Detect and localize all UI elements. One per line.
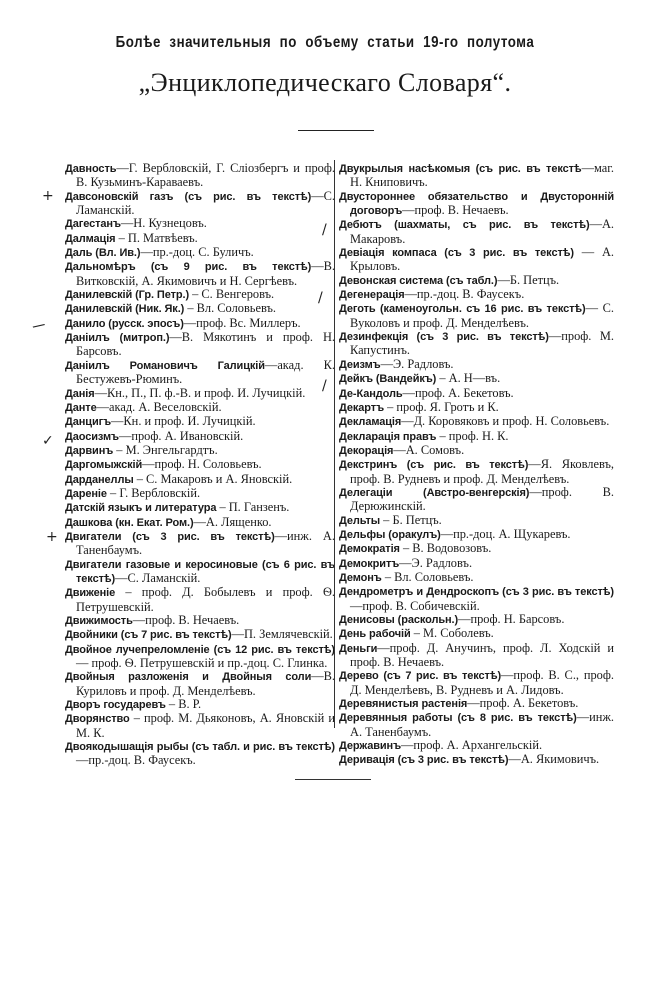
entry-headword: Данія [65,388,95,400]
index-entry: Двигатели газовые и керосиновые (съ 6 ри… [65,558,335,587]
index-entry: Деготь (каменоугольн. съ 16 рис. въ текс… [339,302,614,330]
entry-authors: – проф. Я. Гротъ и К. [384,400,499,414]
entry-headword: Данцигъ [65,416,111,428]
index-entry: Дворянство – проф. М. Дьяконовъ, А. Янов… [65,712,335,740]
entry-headword: День рабочій [339,628,411,640]
entry-headword: Деревянныя работы (съ 8 рис. въ текстѣ) [339,712,577,724]
entry-headword: Дальномѣръ (съ 9 рис. въ текстѣ) [65,261,311,273]
entry-headword: Девіація компаса (съ 3 рис. въ текстѣ) [339,247,574,259]
index-entry: День рабочій – М. Соболевъ. [339,627,614,641]
entry-authors: – М. Соболевъ. [411,626,494,640]
entry-headword: Даніилъ (митроп.) [65,332,169,344]
index-entry: Дерево (съ 7 рис. въ текстѣ)—проф. В. С.… [339,669,614,697]
margin-cross-mark: + [46,529,58,545]
entry-authors: —проф. Н. Соловьевъ. [142,457,262,471]
index-entry: Даосизмъ—проф. А. Ивановскій. [65,430,335,444]
entry-headword: Дельты [339,515,380,527]
index-entry: Декорація—А. Сомовъ. [339,444,614,458]
index-entry: Дельты – Б. Петцъ. [339,514,614,528]
entry-headword: Дерево (съ 7 рис. въ текстѣ) [339,670,501,682]
entry-headword: Данилевскій (Ник. Як.) [65,303,184,315]
entry-headword: Демокритъ [339,558,399,570]
entry-headword: Дагестанъ [65,218,121,230]
index-entry: Деньги—проф. Д. Анучинъ, проф. Л. Ходскі… [339,642,614,670]
entry-headword: Давность [65,163,116,175]
index-entry: Давность—Г. Верблoвскій, Г. Сліозбергъ и… [65,162,335,190]
index-entry: Дашкова (кн. Екат. Ром.)—А. Лященко. [65,516,335,530]
index-entry: Двигатели (съ 3 рис. въ текстѣ)—инж. А. … [65,530,335,558]
index-entry: Декстринъ (съ рис. въ текстѣ)—Я. Яковлев… [339,458,614,486]
entry-headword: Датскій языкъ и литература [65,502,216,514]
left-column: Давность—Г. Верблoвскій, Г. Сліозбергъ и… [65,162,335,768]
entry-authors: —проф. А. Архангельскій. [401,738,542,752]
index-entry: Демократія – В. Водовозовъ. [339,542,614,556]
index-entry: Даргомыжскій—проф. Н. Соловьевъ. [65,458,335,472]
entry-authors: —А. Лященко. [194,515,272,529]
entry-headword: Давсоновскій газъ (съ рис. въ текстѣ) [65,191,311,203]
entry-authors: —Э. Радловъ. [399,556,472,570]
entry-headword: Денисовы (раскольн.) [339,614,458,626]
index-entry: Далмація – П. Матвѣевъ. [65,232,335,246]
entry-authors: —проф. А. Бекетовъ. [467,696,578,710]
entry-headword: Дебютъ (шахматы, съ рис. въ текстѣ) [339,219,590,231]
entry-authors: —Б. Петцъ. [497,273,559,287]
margin-check-mark: ✓ [42,433,54,449]
entry-headword: Декстринъ (съ рис. въ текстѣ) [339,459,528,471]
entry-headword: Данилевскій (Гр. Петр.) [65,289,189,301]
entry-headword: Девонская система (съ табл.) [339,275,497,287]
entry-authors: – П. Ганзенъ. [216,500,289,514]
entry-authors: —акад. А. Веселовскій. [97,400,222,414]
entry-headword: Делегаціи (Австро-венгерскія) [339,487,529,499]
entry-authors: —пр.-доц. В. Фаусекъ. [405,287,525,301]
index-entry: Демонъ – Вл. Соловьевъ. [339,571,614,585]
header-subtitle: Болѣе значительныя по объему статьи 19-г… [46,34,605,52]
index-entry: Декламація—Д. Коровяковъ и проф. Н. Соло… [339,415,614,429]
entry-headword: Даніилъ Романовичъ Галицкій [65,360,265,372]
index-entry: Девіація компаса (съ 3 рис. въ текстѣ) —… [339,246,614,274]
index-entry: Давсоновскій газъ (съ рис. въ текстѣ)—С.… [65,190,335,218]
index-entry: Двустороннее обязательство и Двусторонні… [339,190,614,219]
margin-tick-mark: / [322,222,327,238]
entry-authors: —проф. А. Ивановскій. [119,429,243,443]
entry-headword: Де-Кандоль [339,388,403,400]
index-entry: Двойники (съ 7 рис. въ текстѣ)—П. Земляч… [65,628,335,642]
index-entry: Движеніе – проф. Д. Бобылевъ и проф. Ѳ. … [65,586,335,614]
entry-headword: Движеніе [65,587,115,599]
index-entry: Данилевскій (Ник. Як.) – Вл. Соловьевъ. [65,302,335,316]
index-entry: Двойное лучепреломленіе (съ 12 рис. въ т… [65,643,335,671]
entry-headword: Деготь (каменоугольн. съ 16 рис. въ текс… [339,303,586,315]
entry-authors: – А. Н—въ. [436,371,500,385]
entry-headword: Дарвинъ [65,445,113,457]
index-entry: Декартъ – проф. Я. Гротъ и К. [339,401,614,415]
margin-tick-mark: / [322,378,327,394]
entry-authors: —Кн., П., П. ф.-В. и проф. И. Лучицкій. [95,386,306,400]
entry-headword: Дейкъ (Вандейкъ) [339,373,436,385]
entry-headword: Дельфы (оракулъ) [339,529,441,541]
entry-authors: – С. Макаровъ и А. Яновскій. [134,472,293,486]
entry-authors: —проф. Д. Анучинъ, проф. Л. Ходскій и пр… [350,641,614,669]
index-entry: Деизмъ—Э. Радловъ. [339,358,614,372]
index-entry: Дарвинъ – М. Энгельгардтъ. [65,444,335,458]
entry-authors: —пр.-доц. А. Щукаревъ. [441,527,571,541]
index-entry: Двоякодышащія рыбы (съ табл. и рис. въ т… [65,740,335,768]
entry-headword: Дарданеллы [65,474,134,486]
entry-authors: – проф. Н. К. [436,429,508,443]
index-entry: Делегаціи (Австро-венгерскія)—проф. В. Д… [339,486,614,514]
entry-headword: Двоякодышащія рыбы (съ табл. и рис. въ т… [65,741,335,753]
entry-authors: — проф. Ѳ. Петрушевскій и пр.-доц. С. Гл… [76,656,327,670]
entry-headword: Демократія [339,543,400,555]
entry-headword: Далмація [65,233,116,245]
entry-headword: Даосизмъ [65,431,119,443]
entry-headword: Дашкова (кн. Екат. Ром.) [65,517,194,529]
index-entry: Даніилъ (митроп.)—В. Мякотинъ и проф. Н.… [65,331,335,359]
bottom-rule [295,779,371,780]
index-entry: Державинъ—проф. А. Архангельскій. [339,739,614,753]
margin-cross-mark: + [42,188,54,204]
index-entry: Движимость—проф. В. Нечаевъ. [65,614,335,628]
entry-authors: —проф. В. Собичевскій. [350,599,480,613]
entry-headword: Дезинфекція (съ 3 рис. въ текстѣ) [339,331,549,343]
entry-headword: Двукрылыя насѣкомыя (съ рис. въ текстѣ [339,163,582,175]
entry-authors: —пр.-доц. В. Фаусекъ. [76,753,196,767]
index-entry: Девонская система (съ табл.)—Б. Петцъ. [339,274,614,288]
index-entry: Дворъ государевъ – В. Р. [65,698,335,712]
entry-authors: – Вл. Соловьевъ. [382,570,474,584]
right-column: Двукрылыя насѣкомыя (съ рис. въ текстѣ—м… [339,162,614,768]
entry-headword: Деньги [339,643,377,655]
entry-headword: Демонъ [339,572,382,584]
index-entry: Деревянистыя растенія—проф. А. Бекетовъ. [339,697,614,711]
entry-authors: —проф. В. Нечаевъ. [133,613,240,627]
index-entry: Данцигъ—Кн. и проф. И. Лучицкій. [65,415,335,429]
entry-headword: Двойники (съ 7 рис. въ текстѣ) [65,629,232,641]
column-divider [334,160,335,728]
margin-tick-mark: / [318,290,323,306]
entry-authors: – Вл. Соловьевъ. [184,301,276,315]
top-rule [298,130,374,131]
index-entry: Дарданеллы – С. Макаровъ и А. Яновскій. [65,473,335,487]
index-entry: Данія—Кн., П., П. ф.-В. и проф. И. Лучиц… [65,387,335,401]
entry-headword: Двойное лучепреломленіе (съ 12 рис. въ т… [65,644,335,656]
entry-authors: —Кн. и проф. И. Лучицкій. [111,414,256,428]
entry-headword: Даль (Вл. Ив.) [65,247,140,259]
index-entry: Дальномѣръ (съ 9 рис. въ текстѣ)—В. Витк… [65,260,335,288]
index-entry: Денисовы (раскольн.)—проф. Н. Барсовъ. [339,613,614,627]
index-entry: Дегенерація—пр.-доц. В. Фаусекъ. [339,288,614,302]
entry-authors: —проф. Вс. Миллеръ. [184,316,301,330]
entry-authors: —Д. Коровяковъ и проф. Н. Соловьевъ. [401,414,609,428]
entry-headword: Дворъ государевъ [65,699,166,711]
entry-authors: – С. Венгеровъ. [189,287,274,301]
entry-authors: – В. Р. [166,697,201,711]
entry-headword: Дареніе [65,488,107,500]
entry-headword: Дворянство [65,713,130,725]
entry-headword: Двойныя разложенія и Двойныя соли [65,671,311,683]
entry-headword: Данте [65,402,97,414]
index-entry: Данило (русск. эпосъ)—проф. Вс. Миллеръ. [65,317,335,331]
entry-authors: —Э. Радловъ. [381,357,454,371]
index-entry: Дендрометръ и Дендроскопъ (съ 3 рис. въ … [339,585,614,613]
index-entry: Дейкъ (Вандейкъ) – А. Н—въ. [339,372,614,386]
index-entry: Даль (Вл. Ив.)—пр.-доц. С. Буличъ. [65,246,335,260]
entry-authors: —проф. В. Нечаевъ. [402,203,509,217]
entry-headword: Движимость [65,615,133,627]
index-entry: Декларація правъ – проф. Н. К. [339,430,614,444]
entry-authors: – П. Матвѣевъ. [116,231,198,245]
index-entry: Данте—акад. А. Веселовскій. [65,401,335,415]
entry-headword: Деривація (съ 3 рис. въ текстѣ) [339,754,508,766]
entry-authors: —С. Ламанскій. [115,571,200,585]
index-entry: Дезинфекція (съ 3 рис. въ текстѣ)—проф. … [339,330,614,358]
entry-headword: Данило (русск. эпосъ) [65,318,184,330]
entry-authors: —П. Землячевскій. [232,627,333,641]
index-entry: Де-Кандоль—проф. А. Бекетовъ. [339,387,614,401]
entry-headword: Даргомыжскій [65,459,142,471]
entry-headword: Двигатели (съ 3 рис. въ текстѣ) [65,531,275,543]
index-entry: Дебютъ (шахматы, съ рис. въ текстѣ)—А. М… [339,218,614,246]
entry-authors: —А. Якимовичъ. [508,752,599,766]
entry-authors: —проф. Н. Барсовъ. [458,612,564,626]
entry-authors: —А. Сомовъ. [393,443,464,457]
entry-authors: —проф. А. Бекетовъ. [403,386,514,400]
entry-authors: – Б. Петцъ. [380,513,442,527]
entry-headword: Декорація [339,445,393,457]
index-entry: Двойныя разложенія и Двойныя соли—В. Кур… [65,670,335,698]
margin-tick-mark: / [30,320,46,332]
entry-headword: Декартъ [339,402,384,414]
entry-authors: —Н. Кузнецовъ. [121,216,207,230]
index-entry: Даніилъ Романовичъ Галицкій—акад. К. Бес… [65,359,335,387]
entry-authors: – проф. Д. Бобылевъ и проф. Ѳ. Петрушевс… [76,585,335,613]
entry-headword: Дегенерація [339,289,405,301]
entry-headword: Декламація [339,416,401,428]
index-entry: Данилевскій (Гр. Петр.) – С. Венгеровъ. [65,288,335,302]
index-entry: Датскій языкъ и литература – П. Ганзенъ. [65,501,335,515]
index-entry: Деривація (съ 3 рис. въ текстѣ)—А. Якимо… [339,753,614,767]
index-entry: Деревянныя работы (съ 8 рис. въ текстѣ)—… [339,711,614,739]
entry-authors: – М. Энгельгардтъ. [113,443,218,457]
entry-authors: —пр.-доц. С. Буличъ. [140,245,253,259]
entry-headword: Деизмъ [339,359,381,371]
entry-authors: – В. Водовозовъ. [400,541,491,555]
entry-headword: Державинъ [339,740,401,752]
index-entry: Дагестанъ—Н. Кузнецовъ. [65,217,335,231]
index-entry: Дареніе – Г. Верблoвскій. [65,487,335,501]
index-entry: Демокритъ—Э. Радловъ. [339,557,614,571]
index-entry: Двукрылыя насѣкомыя (съ рис. въ текстѣ—м… [339,162,614,190]
entry-headword: Деревянистыя растенія [339,698,467,710]
header-title: „Энциклопедическаго Словаря“. [0,68,650,98]
index-entry: Дельфы (оракулъ)—пр.-доц. А. Щукаревъ. [339,528,614,542]
entry-headword: Дендрометръ и Дендроскопъ (съ 3 рис. въ … [339,586,614,598]
entry-authors: – Г. Верблoвскій. [107,486,200,500]
entry-headword: Декларація правъ [339,431,436,443]
